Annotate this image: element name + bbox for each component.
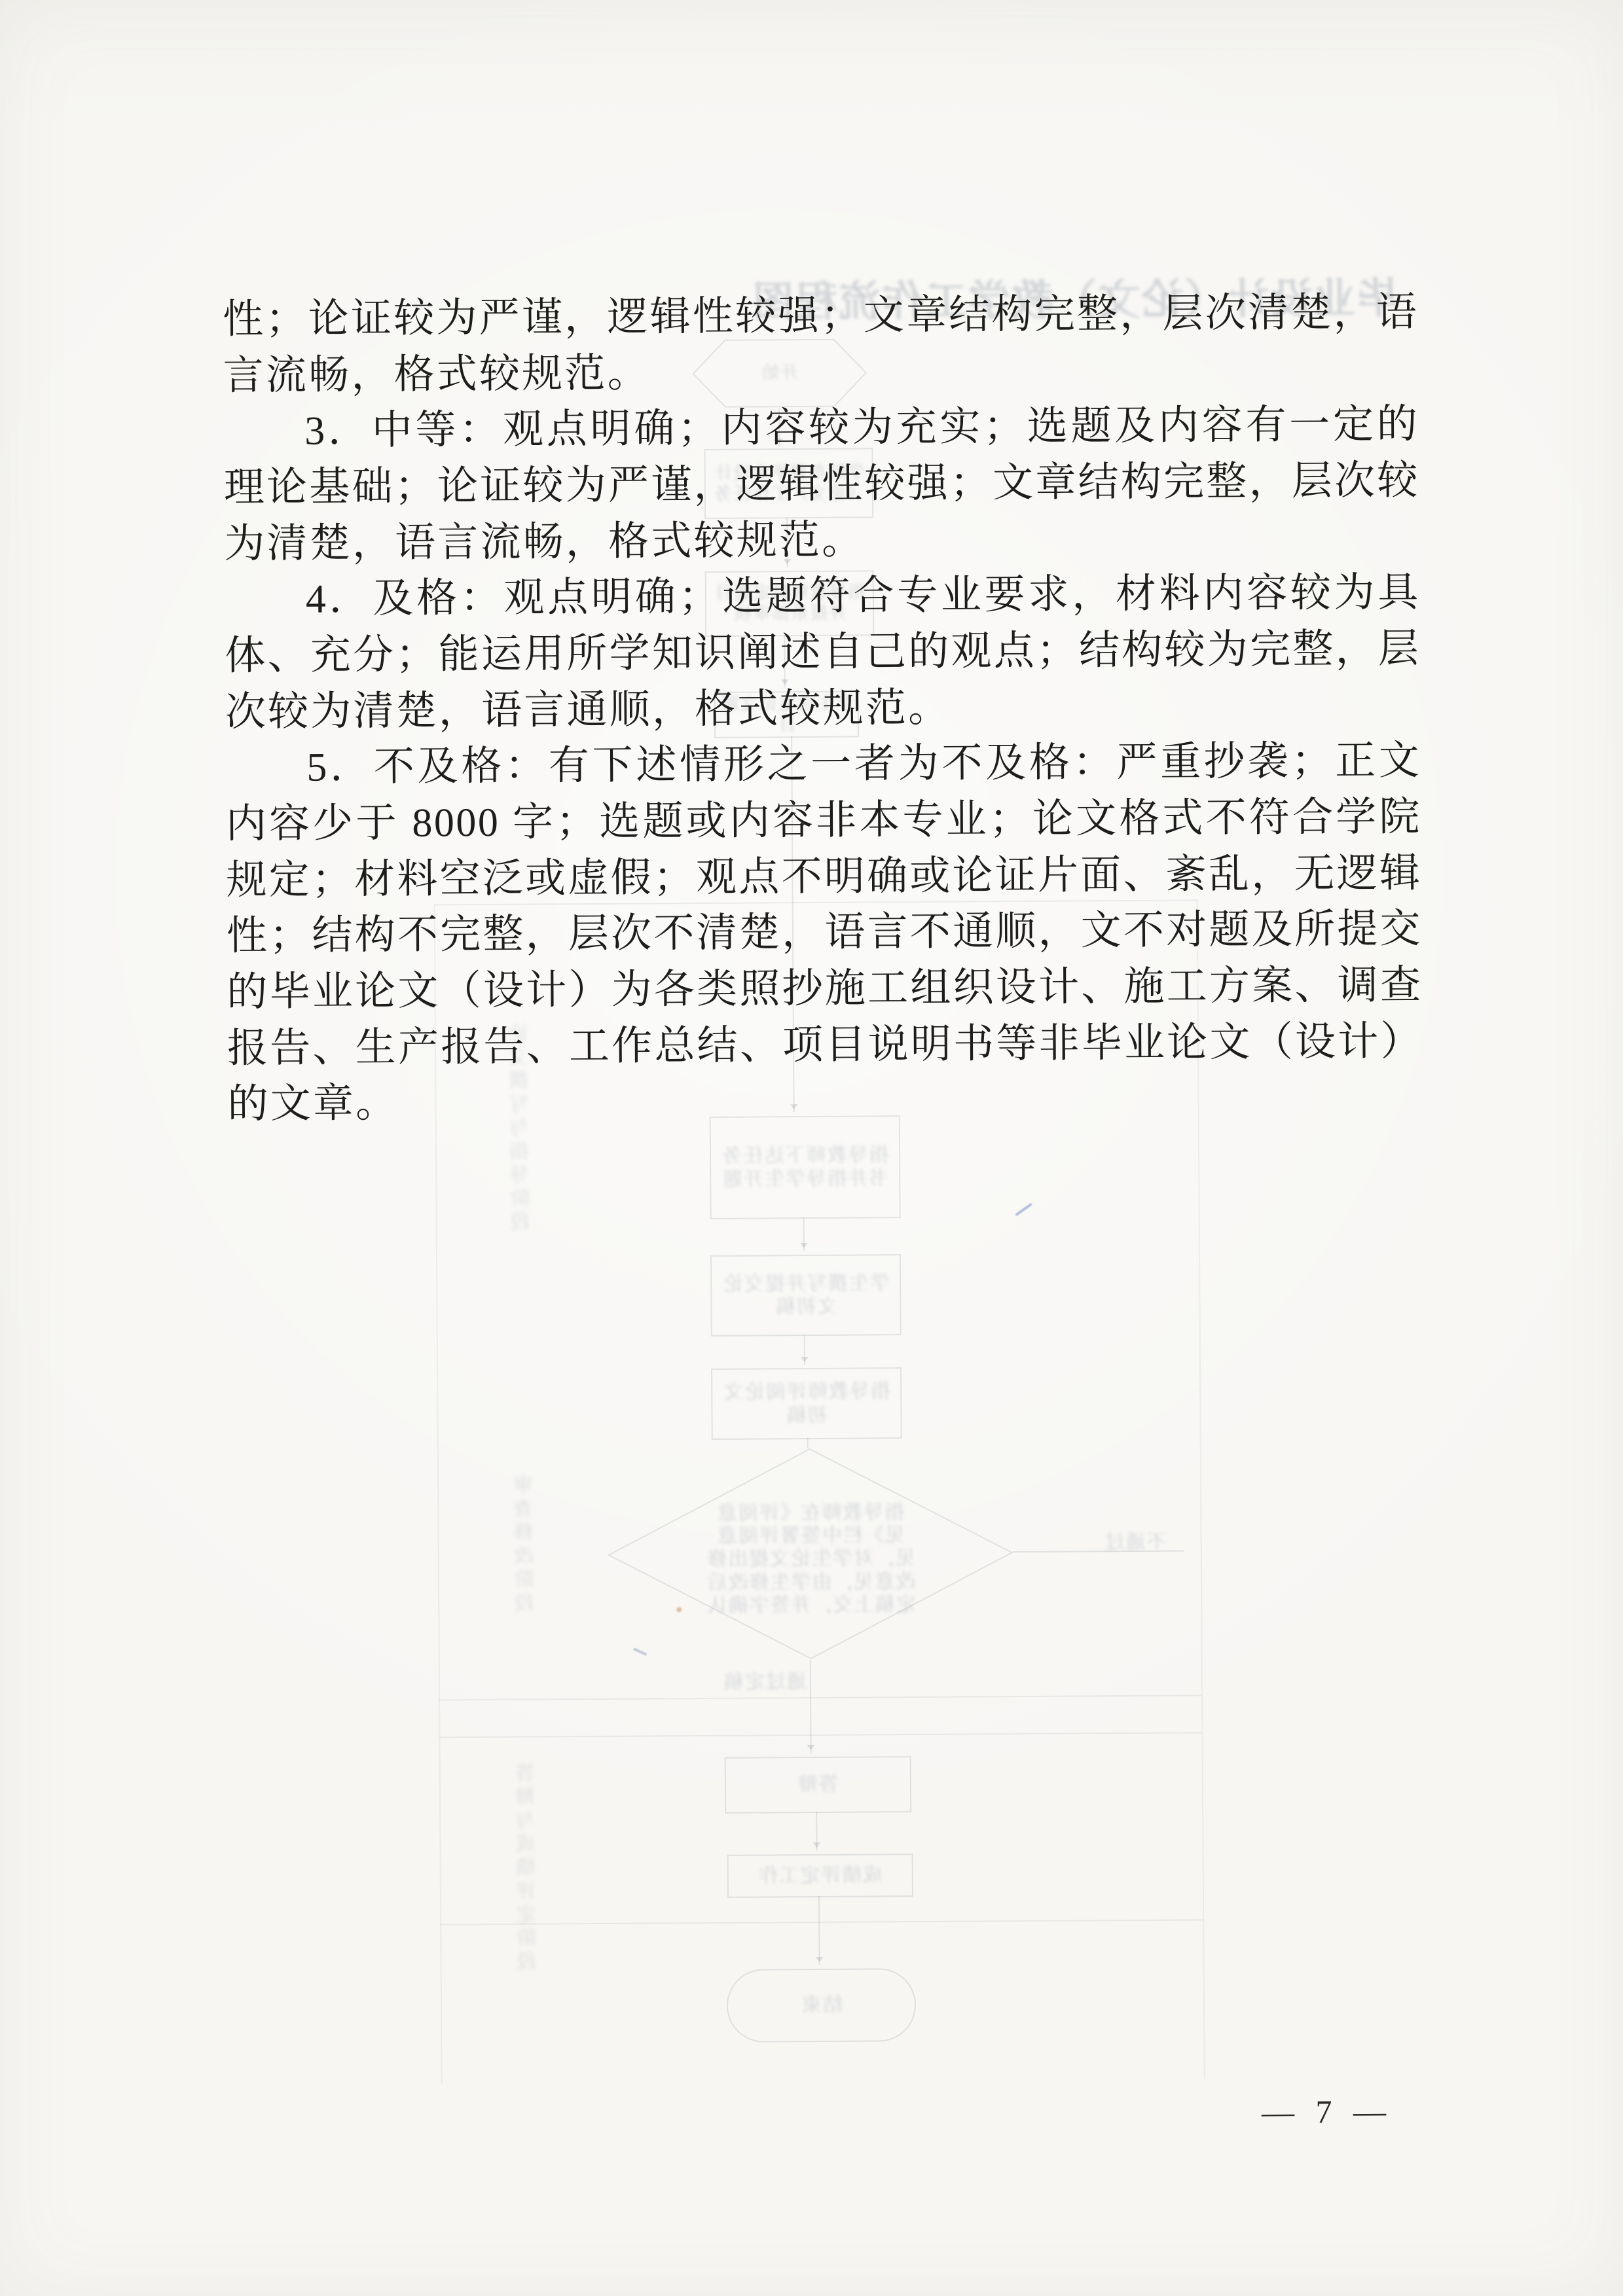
ghost-step5-box: 学生撰写并提交论文初稿 <box>710 1254 902 1336</box>
text-line: 内容少于 8000 字；选题或内容非本专业；论文格式不符合学院 <box>226 789 1421 853</box>
text-line: 4．及格：观点明确；选题符合专业要求，材料内容较为具 <box>225 565 1420 629</box>
ghost-arrow-6 <box>804 1335 805 1365</box>
page-number: — 7 — <box>1262 2092 1432 2131</box>
ghost-arrow-5 <box>803 1217 805 1251</box>
text-line: 为清楚，语言流畅，格式较规范。 <box>224 509 1419 573</box>
ghost-step5-text: 学生撰写并提交论文初稿 <box>718 1272 894 1319</box>
ghost-lane-label-2: 审查修改阶段 <box>511 1475 541 1671</box>
text-line: 报告、生产报告、工作总结、项目说明书等非毕业论文（设计） <box>227 1014 1423 1077</box>
ghost-pass-label-wrap: 通过定稿 <box>714 1669 815 1696</box>
ghost-decision-text: 指导教师在《评阅意见》栏中签署评阅意见，对学生论文提出修改意见，由学生修改后定稿… <box>702 1501 919 1618</box>
ghost-arrow-9 <box>816 1812 817 1850</box>
ghost-step4-box: 指导教师下达任务书并指导学生开题 <box>710 1115 901 1219</box>
scanned-document-page: 毕业设计（论文）教学工作流程图 开始 学院布置毕业设计（论文）工作任务 指导教师… <box>0 0 1623 2296</box>
ghost-end-oval: 结束 <box>727 1968 917 2043</box>
text-line: 理论基础；论证较为严谨，逻辑性较强；文章结构完整，层次较 <box>224 453 1419 516</box>
text-line: 规定；材料空泛或虚假；观点不明确或论证片面、紊乱，无逻辑 <box>226 846 1421 909</box>
text-line: 3．中等：观点明确；内容较为充实；选题及内容有一定的 <box>223 397 1419 461</box>
text-line: 性；论证较为严谨，逻辑性较强；文章结构完整，层次清楚，语 <box>223 285 1418 348</box>
ghost-lane-label-3: 答辩与成绩评定阶段 <box>513 1763 544 2037</box>
ghost-step6-box: 指导教师评阅论文初稿 <box>711 1367 902 1440</box>
ghost-fail-label-wrap: 不通过 <box>1070 1528 1201 1557</box>
ghost-lane-line-4 <box>440 1919 1203 1925</box>
ghost-pass-label: 通过定稿 <box>717 1670 812 1694</box>
text-line: 5．不及格：有下述情形之一者为不及格：严重抄袭；正文 <box>225 734 1421 797</box>
ghost-grading-text: 成绩评定工作 <box>734 1863 906 1888</box>
ghost-decision-text-wrap: 指导教师在《评阅意见》栏中签署评阅意见，对学生论文提出修改意见，由学生修改后定稿… <box>695 1496 926 1623</box>
ghost-end-text: 结束 <box>733 1993 909 2017</box>
text-line: 的文章。 <box>227 1069 1423 1133</box>
ghost-connector-7 <box>807 1438 809 1448</box>
body-text: 性；论证较为严谨，逻辑性较强；文章结构完整，层次清楚，语 言流畅，格式较规范。 … <box>223 285 1423 1133</box>
ghost-lane-line-2 <box>439 1695 1201 1700</box>
text-line: 体、充分；能运用所学知识阐述自己的观点；结构较为完整，层 <box>225 621 1420 685</box>
ghost-step6-text: 指导教师评阅论文初稿 <box>718 1380 895 1427</box>
scan-content: 毕业设计（论文）教学工作流程图 开始 学院布置毕业设计（论文）工作任务 指导教师… <box>0 0 1623 2296</box>
ghost-defense-text: 答辩 <box>731 1772 904 1797</box>
ghost-step4-text: 指导教师下达任务书并指导学生开题 <box>717 1143 894 1191</box>
text-line: 性；结构不完整，层次不清楚，语言不通顺，文不对题及所提交 <box>227 902 1422 965</box>
text-line: 次较为清楚，语言通顺，格式较规范。 <box>225 677 1421 741</box>
ghost-lane-line-3 <box>439 1732 1201 1738</box>
ghost-grading-box: 成绩评定工作 <box>727 1854 913 1898</box>
text-line: 的毕业论文（设计）为各类照抄施工组织设计、施工方案、调查 <box>227 958 1422 1021</box>
ghost-defense-box: 答辩 <box>725 1756 912 1814</box>
scan-speck-orange <box>676 1607 682 1612</box>
ghost-arrow-10 <box>818 1896 820 1965</box>
text-line: 言流畅，格式较规范。 <box>223 341 1419 404</box>
